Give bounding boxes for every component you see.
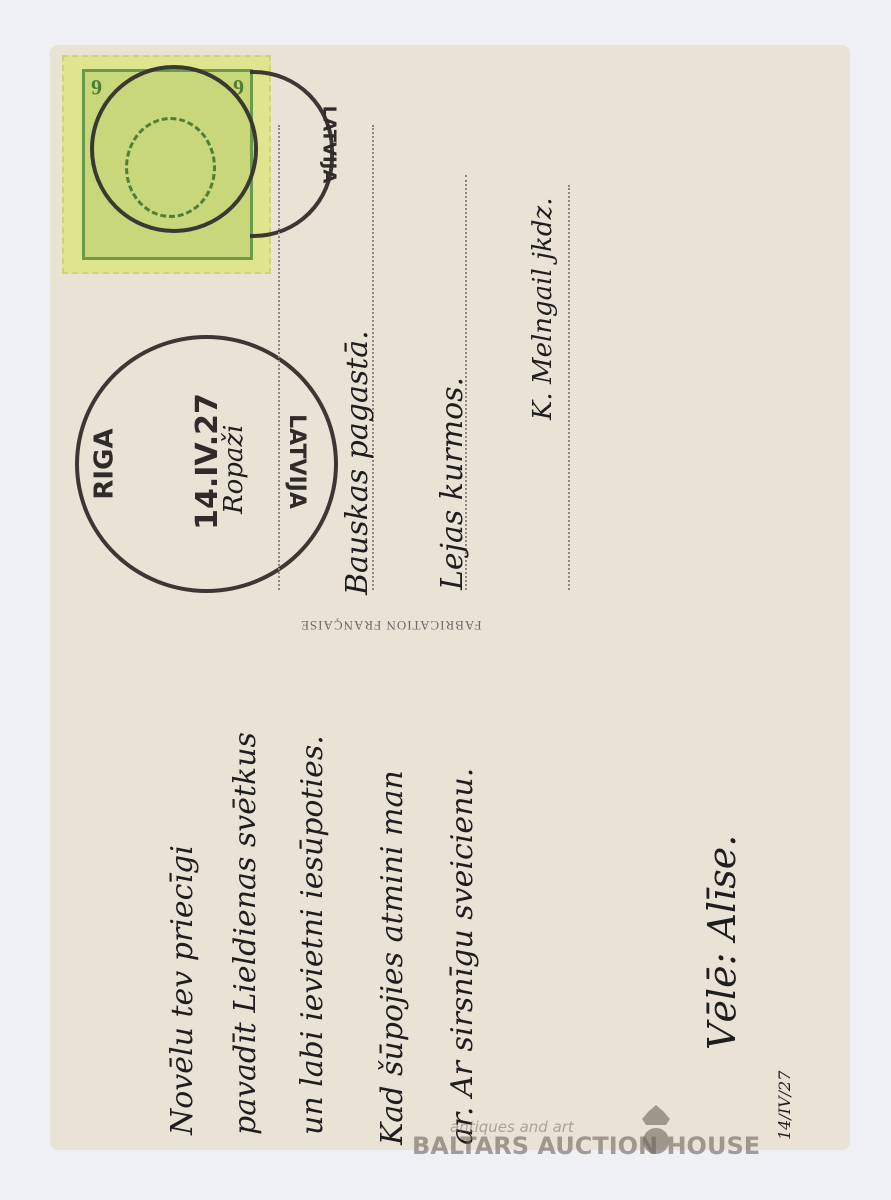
printed-fabrication-text: FABRICATION FRANÇAISE [300, 617, 481, 633]
riga-postmark: RIGA LATVIJA 14.IV.27 Ropaži [75, 335, 338, 593]
address-line-3-text: K. Melngail jkdz. [528, 198, 558, 421]
signature: Vēlē: Alīse. [700, 835, 744, 1050]
address-line-2-text: Lejas kurmos. [435, 377, 470, 590]
postmark-handwritten: Ropaži [219, 425, 249, 514]
message-line-3: un labi ievietni iesūpoties. [295, 735, 330, 1135]
message-line-5: ar. Ar sirsnīgu sveicienu. [445, 768, 480, 1145]
message-line-1: Novēlu tev priecīgi [165, 845, 200, 1135]
stamp-cancel-postmark [90, 65, 258, 233]
top-postmark-text: LATVIJA [318, 106, 339, 184]
address-divider [278, 125, 280, 590]
message-line-4: Kad šūpojies atmini man [375, 770, 410, 1145]
address-line-3 [568, 185, 570, 590]
postmark-city: RIGA [90, 428, 120, 499]
address-line-1-text: Bauskas pagastā. [340, 330, 375, 595]
crown-icon [640, 1105, 672, 1155]
corner-note: 14/IV/27 [775, 1071, 794, 1140]
watermark-brand: BALTARS AUCTION HOUSE [412, 1132, 760, 1160]
message-line-2: pavadīt Lieldienas svētkus [228, 732, 263, 1135]
stamp-denomination: 6 [91, 74, 102, 100]
postmark-country: LATVIJA [284, 414, 309, 509]
